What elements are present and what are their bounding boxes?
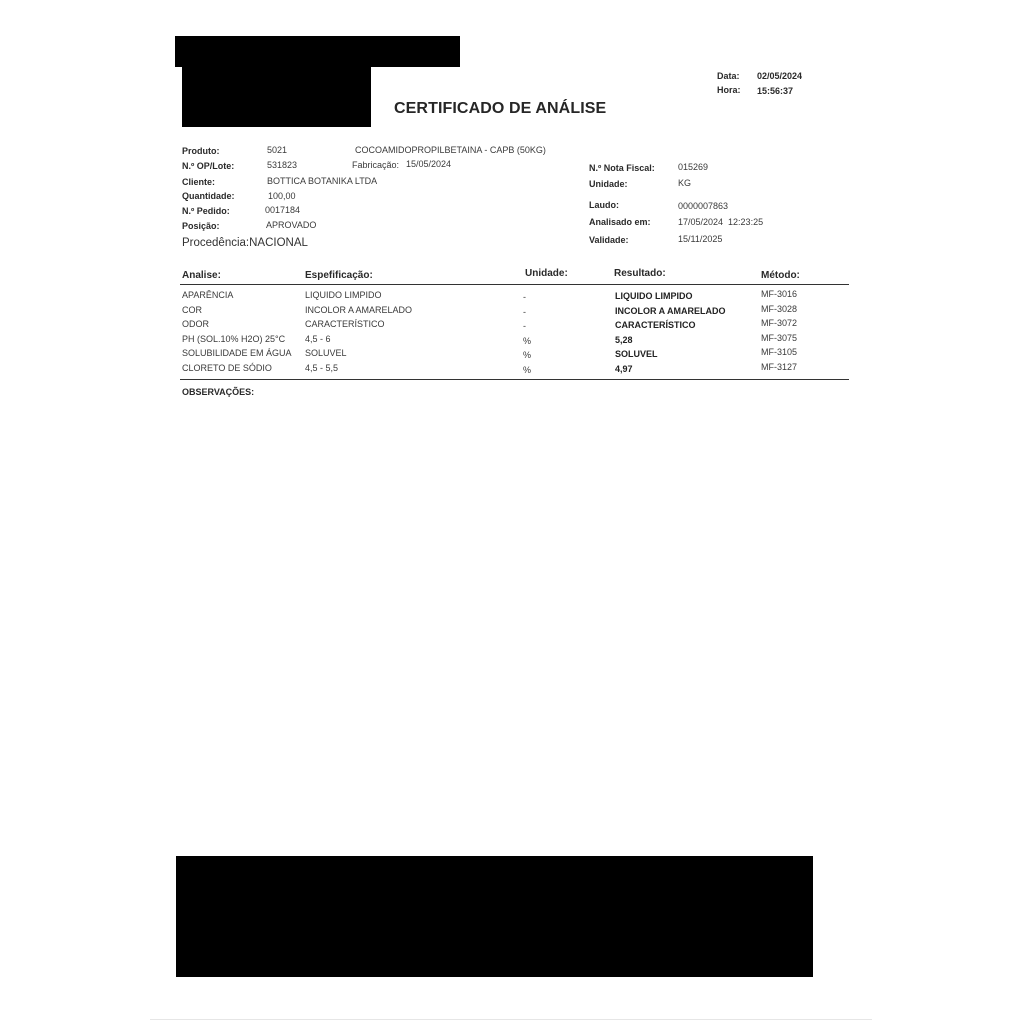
cliente-label: Cliente: [182, 177, 215, 187]
redacted-header-logo-bottom [182, 67, 371, 127]
cell-analise: SOLUBILIDADE EM ÁGUA [182, 348, 292, 358]
time-label: Hora: [717, 85, 741, 95]
cell-especificacao: LIQUIDO LIMPIDO [305, 290, 382, 300]
date-label: Data: [717, 71, 740, 81]
cell-metodo: MF-3105 [761, 347, 797, 357]
cell-metodo: MF-3075 [761, 333, 797, 343]
fabricacao-label: Fabricação: [352, 160, 399, 170]
table-header-rule [180, 284, 849, 285]
cell-especificacao: INCOLOR A AMARELADO [305, 305, 412, 315]
cell-analise: CLORETO DE SÓDIO [182, 363, 272, 373]
header-analise: Analise: [182, 270, 221, 281]
lote-value: 531823 [267, 160, 297, 170]
time-value: 15:56:37 [757, 86, 793, 96]
quantidade-value: 100,00 [268, 191, 296, 201]
cliente-value: BOTTICA BOTANIKA LTDA [267, 176, 377, 186]
produto-label: Produto: [182, 146, 220, 156]
nota-fiscal-value: 015269 [678, 162, 708, 172]
pedido-value: 0017184 [265, 205, 300, 215]
date-value: 02/05/2024 [757, 71, 802, 81]
header-unidade: Unidade: [525, 268, 568, 279]
header-resultado: Resultado: [614, 268, 666, 279]
cell-metodo: MF-3016 [761, 289, 797, 299]
observacoes-label: OBSERVAÇÕES: [182, 387, 254, 397]
nota-fiscal-label: N.º Nota Fiscal: [589, 163, 655, 173]
product-description: COCOAMIDOPROPILBETAINA - CAPB (50KG) [355, 145, 546, 155]
cell-especificacao: SOLUVEL [305, 348, 347, 358]
laudo-label: Laudo: [589, 200, 619, 210]
cell-unidade: - [523, 307, 526, 317]
cell-metodo: MF-3028 [761, 304, 797, 314]
header-especificacao: Espefificação: [305, 270, 373, 281]
redacted-footer [176, 856, 813, 977]
cell-analise: COR [182, 305, 202, 315]
cell-resultado: 5,28 [615, 335, 633, 345]
cell-metodo: MF-3127 [761, 362, 797, 372]
unidade-value: KG [678, 178, 691, 188]
cell-analise: ODOR [182, 319, 209, 329]
cell-resultado: CARACTERÍSTICO [615, 320, 696, 330]
cell-analise: PH (SOL.10% H2O) 25°C [182, 334, 285, 344]
redacted-header-logo-top [175, 36, 460, 67]
procedencia: Procedência:NACIONAL [182, 237, 308, 249]
cell-resultado: SOLUVEL [615, 349, 658, 359]
cell-unidade: % [523, 350, 531, 360]
unidade-label: Unidade: [589, 179, 628, 189]
analisado-em-label: Analisado em: [589, 217, 651, 227]
cell-analise: APARÊNCIA [182, 290, 233, 300]
validade-label: Validade: [589, 235, 629, 245]
laudo-value: 0000007863 [678, 201, 728, 211]
quantidade-label: Quantidade: [182, 191, 235, 201]
cell-unidade: - [523, 321, 526, 331]
cell-especificacao: 4,5 - 6 [305, 334, 331, 344]
table-bottom-rule [180, 379, 849, 380]
analisado-em-value: 17/05/2024 12:23:25 [678, 217, 763, 227]
produto-value: 5021 [267, 145, 287, 155]
cell-unidade: - [523, 292, 526, 302]
cell-especificacao: 4,5 - 5,5 [305, 363, 338, 373]
cell-metodo: MF-3072 [761, 318, 797, 328]
cell-unidade: % [523, 365, 531, 375]
fabricacao-value: 15/05/2024 [406, 159, 451, 169]
cell-unidade: % [523, 336, 531, 346]
posicao-label: Posição: [182, 221, 220, 231]
cell-especificacao: CARACTERÍSTICO [305, 319, 385, 329]
validade-value: 15/11/2025 [678, 234, 722, 244]
procedencia-value: NACIONAL [249, 237, 308, 249]
cell-resultado: LIQUIDO LIMPIDO [615, 291, 693, 301]
pedido-label: N.º Pedido: [182, 206, 230, 216]
procedencia-label: Procedência: [182, 237, 249, 249]
cell-resultado: 4,97 [615, 364, 633, 374]
page-edge [150, 1019, 872, 1020]
header-metodo: Método: [761, 270, 800, 281]
lote-label: N.º OP/Lote: [182, 161, 234, 171]
cell-resultado: INCOLOR A AMARELADO [615, 306, 726, 316]
document-title: CERTIFICADO DE ANÁLISE [394, 100, 606, 118]
posicao-value: APROVADO [266, 220, 316, 230]
